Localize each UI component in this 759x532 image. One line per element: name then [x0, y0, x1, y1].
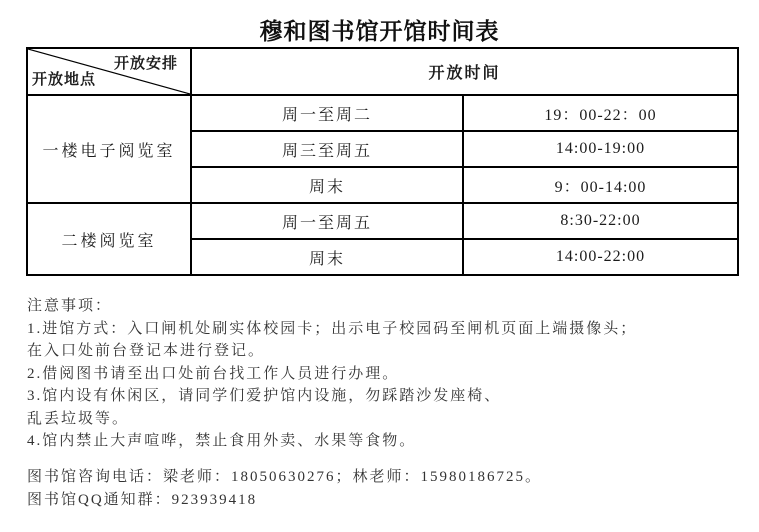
diagonal-header-cell: 开放安排 开放地点 — [27, 48, 191, 95]
notes-heading: 注意事项： — [27, 295, 737, 318]
note-line: 3.馆内设有休闲区，请同学们爱护馆内设施，勿踩踏沙发座椅、 — [27, 385, 737, 408]
location-first-floor-ereading-room: 一楼电子阅览室 — [27, 95, 191, 203]
time-cell: 14:00-19:00 — [463, 131, 738, 167]
days-cell: 周末 — [191, 167, 463, 203]
days-cell: 周三至周五 — [191, 131, 463, 167]
location-second-floor-reading-room: 二楼阅览室 — [27, 203, 191, 275]
time-cell: 9：00-14:00 — [463, 167, 738, 203]
corner-label-arrangement: 开放安排 — [114, 52, 178, 73]
note-line: 乱丢垃圾等。 — [27, 408, 737, 431]
time-cell: 8:30-22:00 — [463, 203, 738, 239]
days-cell: 周末 — [191, 239, 463, 275]
days-cell: 周一至周五 — [191, 203, 463, 239]
table-row: 一楼电子阅览室 周一至周二 19：00-22：00 — [27, 95, 738, 131]
table-row: 二楼阅览室 周一至周五 8:30-22:00 — [27, 203, 738, 239]
contact-section: 图书馆咨询电话：梁老师：18050630276；林老师：15980186725。… — [27, 466, 737, 512]
contact-qq-line: 图书馆QQ通知群：923939418 — [27, 489, 737, 512]
days-cell: 周一至周二 — [191, 95, 463, 131]
opening-hours-table: 开放安排 开放地点 开放时间 一楼电子阅览室 周一至周二 19：00-22：00… — [26, 47, 739, 276]
note-line: 4.馆内禁止大声喧哗，禁止食用外卖、水果等食物。 — [27, 430, 737, 453]
notes-section: 注意事项： 1.进馆方式：入口闸机处刷实体校园卡；出示电子校园码至闸机页面上端摄… — [27, 295, 737, 453]
open-time-column-header: 开放时间 — [191, 48, 738, 95]
note-line: 2.借阅图书请至出口处前台找工作人员进行办理。 — [27, 363, 737, 386]
corner-label-location: 开放地点 — [32, 68, 96, 89]
page-title: 穆和图书馆开馆时间表 — [0, 0, 759, 47]
note-line: 1.进馆方式：入口闸机处刷实体校园卡；出示电子校园码至闸机页面上端摄像头； — [27, 318, 737, 341]
contact-phone-line: 图书馆咨询电话：梁老师：18050630276；林老师：15980186725。 — [27, 466, 737, 489]
time-cell: 14:00-22:00 — [463, 239, 738, 275]
table-header-row: 开放安排 开放地点 开放时间 — [27, 48, 738, 95]
time-cell: 19：00-22：00 — [463, 95, 738, 131]
note-line: 在入口处前台登记本进行登记。 — [27, 340, 737, 363]
